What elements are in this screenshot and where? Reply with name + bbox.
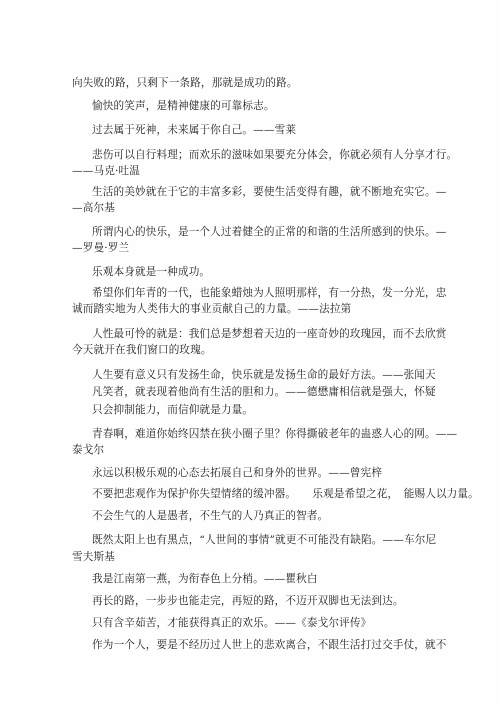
text-line: —高尔基: [72, 202, 115, 214]
text-line: 生活的美妙就在于它的丰富多彩，要使生活变得有趣，就不断地充实它。—: [92, 186, 447, 198]
text-line: 愉快的笑声，是精神健康的可靠标志。: [92, 100, 275, 112]
text-line: 今天就开在我们窗口的玫瑰。: [72, 344, 212, 356]
text-line: 泰戈尔: [72, 444, 104, 456]
text-line: 乐观本身就是一种成功。: [92, 266, 210, 278]
text-line: 作为一个人，要是不经历过人世上的悲欢离合，不跟生活打过交手仗，就不: [92, 639, 447, 651]
text-line: 青春啊，难道你始终囚禁在狭小圈子里？你得撕破老年的蛊惑人心的网。——: [92, 428, 457, 440]
text-line: 悲伤可以自行料理；而欢乐的滋味如果要充分体会，你就必须有人分享才行。: [92, 149, 457, 161]
text-line: 永远以积极乐观的心态去拓展自己和身外的世界。——曾宪梓: [92, 467, 382, 479]
text-line: 希望你们年青的一代，也能象蜡烛为人照明那样，有一分热，发一分光，忠: [92, 287, 447, 299]
text-line: 不会生气的人是愚者，不生气的人乃真正的智者。: [92, 510, 328, 522]
text-line: 人性最可怜的就是：我们总是梦想着天边的一座奇妙的玫瑰园，而不去欣赏: [92, 328, 447, 340]
text-line: 再长的路，一步步也能走完，再短的路，不迈开双脚也无法到达。: [92, 595, 404, 607]
text-line: 不要把悲观作为保护你失望情绪的缓冲器。 乐观是希望之花， 能赐人以力量。: [92, 488, 479, 500]
text-line: 我是江南第一燕，为衔春色上分梢。——瞿秋白: [92, 573, 318, 585]
text-line: 凡笑者，就表现着他尚有生活的胆和力。——德懋庸相信就是强大，怀疑: [92, 386, 436, 398]
text-line: 向失败的路，只剩下一条路，那就是成功的路。: [72, 77, 298, 89]
document-page: 向失败的路，只剩下一条路，那就是成功的路。 愉快的笑声，是精神健康的可靠标志。 …: [0, 0, 500, 708]
text-line: 过去属于死神，未来属于你自己。——雪莱: [92, 124, 296, 136]
text-line: 只会抑制能力，而信仰就是力量。: [92, 404, 253, 416]
text-line: ——马克·吐温: [72, 165, 140, 177]
text-line: 所谓内心的快乐，是一个人过着健全的正常的和谐的生活所感到的快乐。—: [92, 226, 447, 238]
text-line: 雪夫斯基: [72, 551, 115, 563]
text-line: —罗曼·罗兰: [72, 242, 129, 254]
text-line: 人生要有意义只有发扬生命，快乐就是发扬生命的最好方法。——张闻天: [92, 369, 436, 381]
text-line: 既然太阳上也有黑点，“人世间的事情”就更不可能没有缺陷。——车尔尼: [92, 534, 436, 546]
text-line: 只有含辛茹苦，才能获得真正的欢乐。——《泰戈尔评传》: [92, 617, 371, 629]
text-line: 诚而踏实地为人类伟大的事业贡献自己的力量。——法拉第: [72, 303, 351, 315]
